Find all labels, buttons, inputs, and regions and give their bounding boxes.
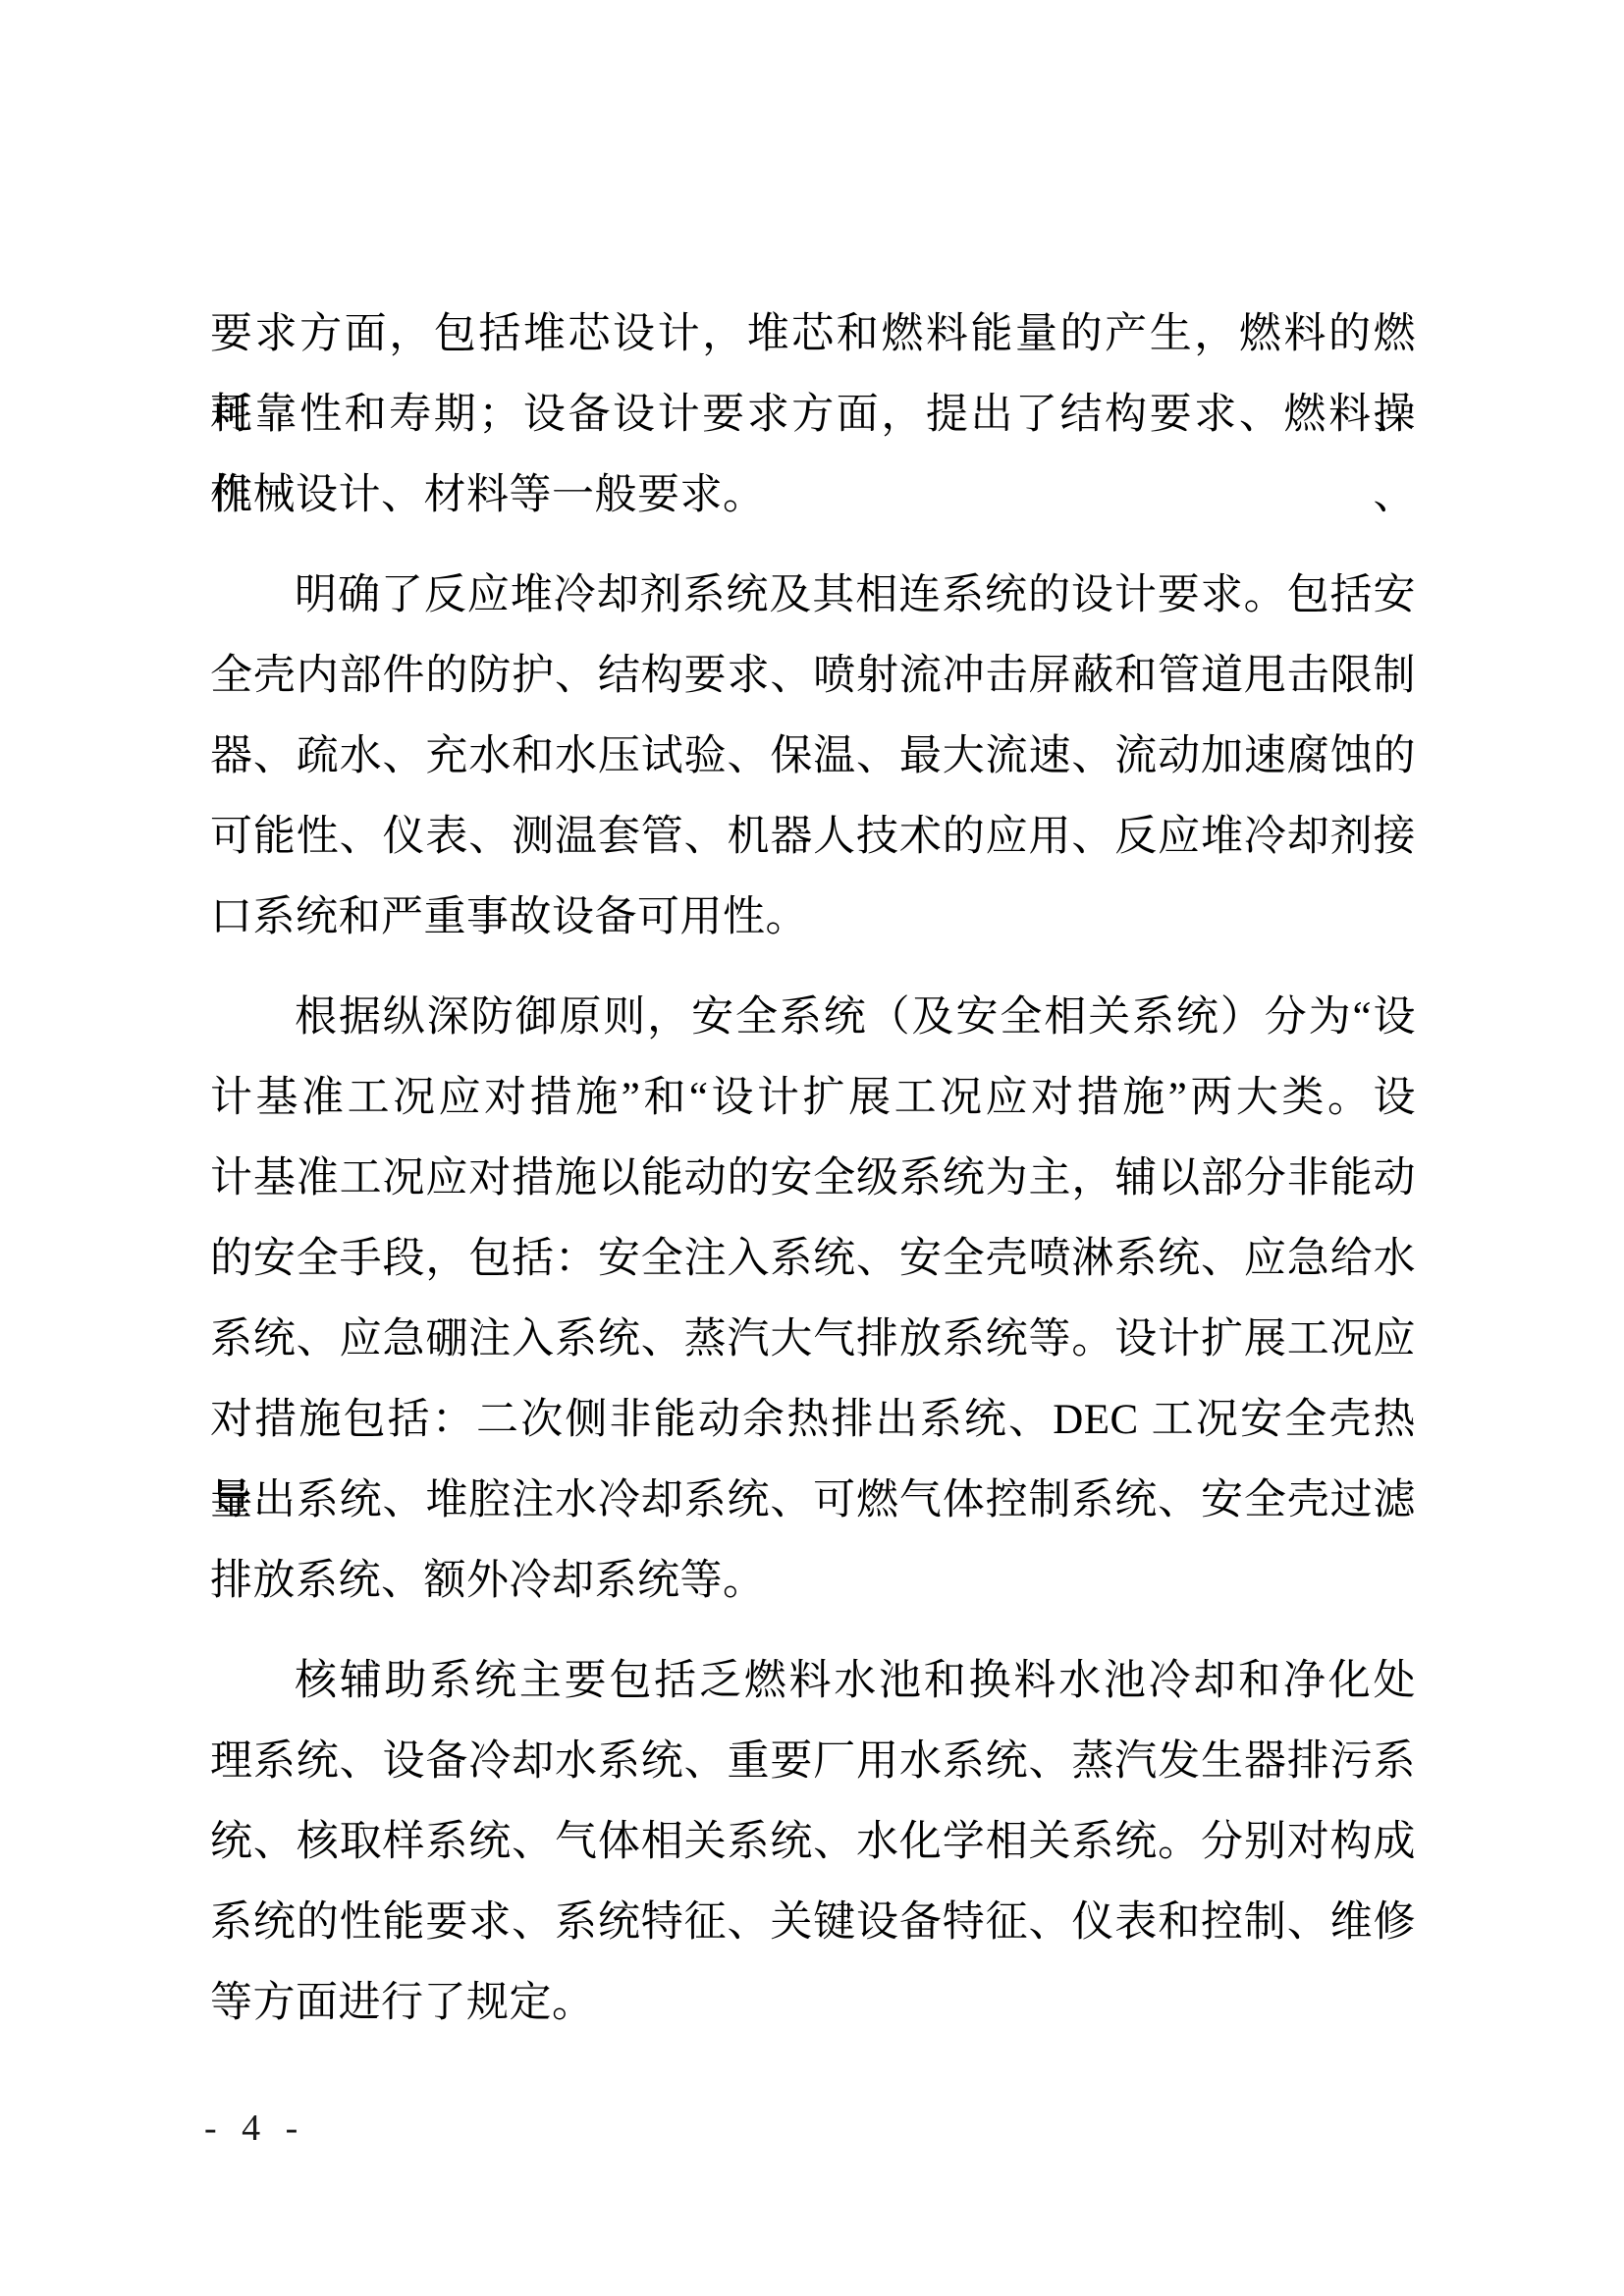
text-line: 等方面进行了规定。 [210, 1963, 1416, 2044]
text-line: 要求方面，包括堆芯设计，堆芯和燃料能量的产生，燃料的燃耗、 [210, 294, 1416, 375]
paragraph: 核辅助系统主要包括乏燃料水池和换料水池冷却和净化处 理系统、设备冷却水系统、重要… [210, 1641, 1416, 2044]
text-line: 导出系统、堆腔注水冷却系统、可燃气体控制系统、安全壳过滤 [210, 1461, 1416, 1541]
text-line: 根据纵深防御原则，安全系统（及安全相关系统）分为“设 [210, 978, 1416, 1058]
text-line: 系统的性能要求、系统特征、关键设备特征、仪表和控制、维修 [210, 1883, 1416, 1963]
text-line: 理系统、设备冷却水系统、重要厂用水系统、蒸汽发生器排污系 [210, 1722, 1416, 1802]
page-number: - 4 - [204, 2105, 305, 2152]
text-line: 全壳内部件的防护、结构要求、喷射流冲击屏蔽和管道甩击限制 [210, 636, 1416, 717]
text-line: 可能性、仪表、测温套管、机器人技术的应用、反应堆冷却剂接 [210, 797, 1416, 878]
document-body: 要求方面，包括堆芯设计，堆芯和燃料能量的产生，燃料的燃耗、 可靠性和寿期；设备设… [210, 294, 1416, 2044]
text-line: 统、核取样系统、气体相关系统、水化学相关系统。分别对构成 [210, 1802, 1416, 1883]
paragraph: 要求方面，包括堆芯设计，堆芯和燃料能量的产生，燃料的燃耗、 可靠性和寿期；设备设… [210, 294, 1416, 536]
text-line: 核辅助系统主要包括乏燃料水池和换料水池冷却和净化处 [210, 1641, 1416, 1722]
document-page: 要求方面，包括堆芯设计，堆芯和燃料能量的产生，燃料的燃耗、 可靠性和寿期；设备设… [0, 0, 1624, 2296]
text-line: 口系统和严重事故设备可用性。 [210, 878, 1416, 958]
paragraph: 明确了反应堆冷却剂系统及其相连系统的设计要求。包括安 全壳内部件的防护、结构要求… [210, 556, 1416, 958]
text-line: 器、疏水、充水和水压试验、保温、最大流速、流动加速腐蚀的 [210, 717, 1416, 797]
text-line: 系统、应急硼注入系统、蒸汽大气排放系统等。设计扩展工况应 [210, 1300, 1416, 1380]
text-line: 排放系统、额外冷却系统等。 [210, 1541, 1416, 1622]
text-line: 计基准工况应对措施”和“设计扩展工况应对措施”两大类。设 [210, 1058, 1416, 1139]
text-line: 的安全手段，包括：安全注入系统、安全壳喷淋系统、应急给水 [210, 1219, 1416, 1300]
text-line: 对措施包括：二次侧非能动余热排出系统、DEC 工况安全壳热量 [210, 1380, 1416, 1461]
text-line: 计基准工况应对措施以能动的安全级系统为主，辅以部分非能动 [210, 1139, 1416, 1219]
paragraph: 根据纵深防御原则，安全系统（及安全相关系统）分为“设 计基准工况应对措施”和“设… [210, 978, 1416, 1622]
text-line: 可靠性和寿期；设备设计要求方面，提出了结构要求、燃料操作、 [210, 375, 1416, 455]
text-line: 明确了反应堆冷却剂系统及其相连系统的设计要求。包括安 [210, 556, 1416, 636]
